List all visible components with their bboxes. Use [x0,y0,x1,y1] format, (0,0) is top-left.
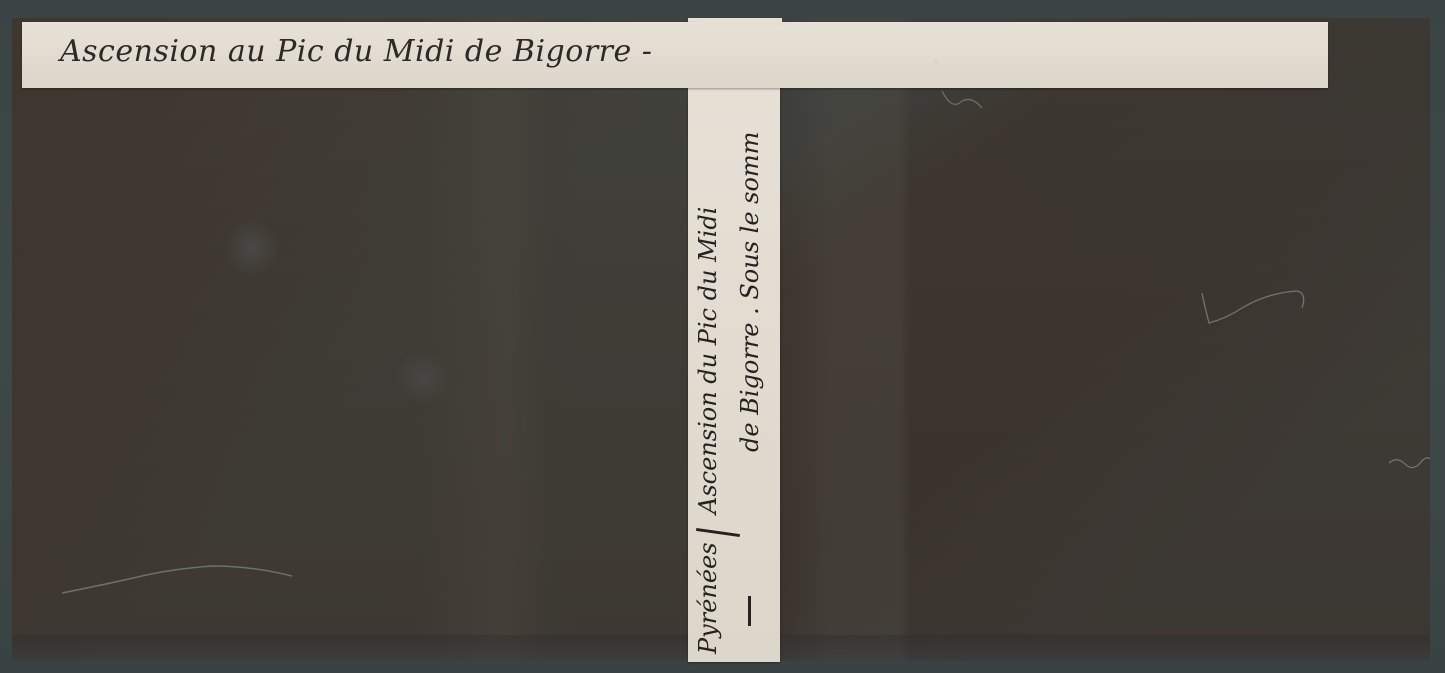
vertical-label-text: Pyrénées Ascension du Pic du Midi de Big… [688,18,780,662]
vertical-label-region: Pyrénées [694,542,722,654]
vertical-label-line1: Ascension du Pic du Midi [694,207,722,514]
vertical-label-tab [702,18,782,26]
separator-bar [696,528,740,537]
vertical-label-line2: de Bigorre . Sous le somm [736,132,764,452]
top-label-caption: Ascension au Pic du Midi de Bigorre - [60,34,652,69]
stereo-frame-right [780,18,1430,661]
vertical-paper-label: Pyrénées Ascension du Pic du Midi de Big… [688,18,780,662]
stereo-frame-left [12,18,688,661]
top-paper-label: Ascension au Pic du Midi de Bigorre - [22,22,1328,88]
region-underline [748,596,751,626]
photo-stage: Pyrénées Ascension du Pic du Midi de Big… [0,0,1445,673]
